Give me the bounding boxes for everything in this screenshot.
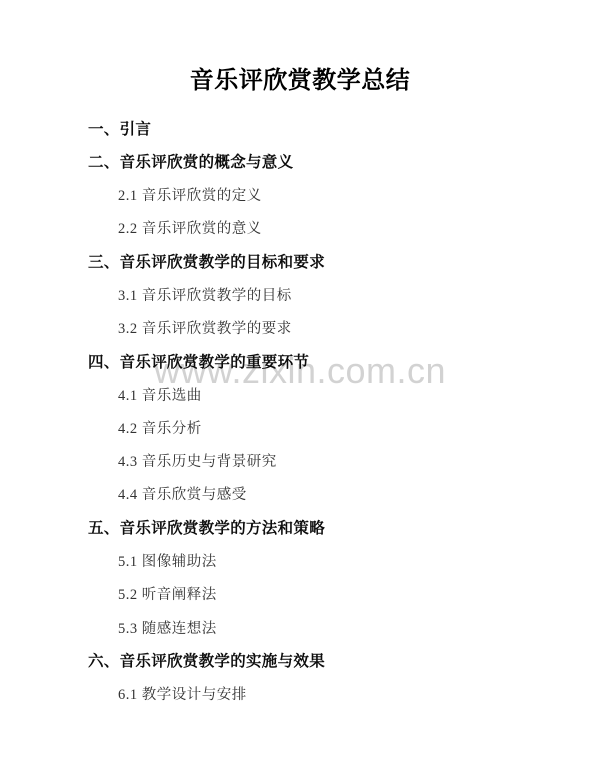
outline-subitem: 5.3 随感连想法: [0, 610, 600, 643]
outline-subitem: 3.1 音乐评欣赏教学的目标: [0, 277, 600, 310]
outline-subitem: 2.1 音乐评欣赏的定义: [0, 178, 600, 211]
outline-subitem: 2.2 音乐评欣赏的意义: [0, 211, 600, 244]
outline-subitem: 5.1 图像辅助法: [0, 544, 600, 577]
outline-heading: 一、引言: [0, 111, 600, 144]
outline-heading: 六、音乐评欣赏教学的实施与效果: [0, 644, 600, 677]
outline-subitem: 4.2 音乐分析: [0, 411, 600, 444]
outline-subitem: 4.4 音乐欣赏与感受: [0, 477, 600, 510]
outline-subitem: 5.2 听音阐释法: [0, 577, 600, 610]
outline-heading: 五、音乐评欣赏教学的方法和策略: [0, 511, 600, 544]
outline-heading: 四、音乐评欣赏教学的重要环节: [0, 344, 600, 377]
document-page: www.zixin.com.cn 音乐评欣赏教学总结 一、引言二、音乐评欣赏的概…: [0, 0, 600, 776]
outline-subitem: 6.1 教学设计与安排: [0, 677, 600, 710]
document-title: 音乐评欣赏教学总结: [0, 0, 600, 96]
outline-subitem: 4.1 音乐选曲: [0, 377, 600, 410]
outline-heading: 二、音乐评欣赏的概念与意义: [0, 144, 600, 177]
outline-heading: 三、音乐评欣赏教学的目标和要求: [0, 244, 600, 277]
outline: 一、引言二、音乐评欣赏的概念与意义2.1 音乐评欣赏的定义2.2 音乐评欣赏的意…: [0, 111, 600, 710]
outline-subitem: 3.2 音乐评欣赏教学的要求: [0, 311, 600, 344]
outline-subitem: 4.3 音乐历史与背景研究: [0, 444, 600, 477]
